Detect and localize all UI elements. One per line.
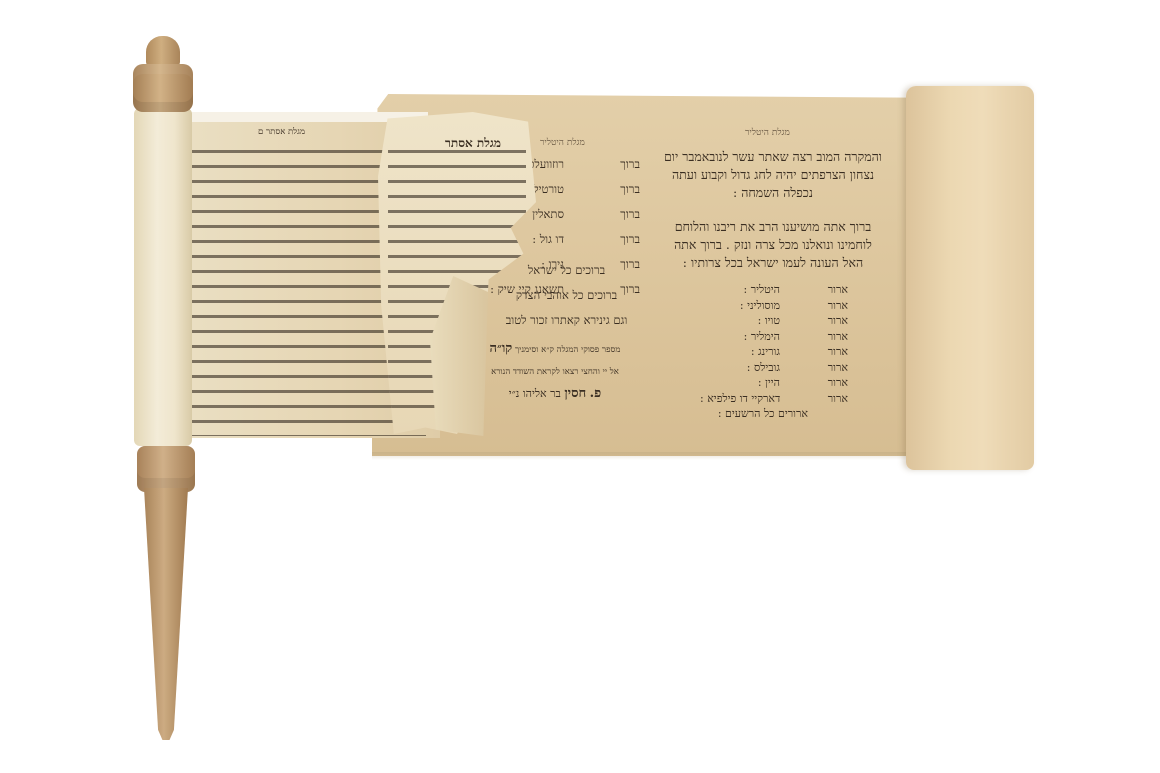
colophon: מספר פסוקי המגלה ק״א וסימניך קו״ה אל יי … <box>480 338 630 405</box>
right-rolled-paper <box>906 86 1034 470</box>
curse-row: ארורהיטליר : <box>700 282 848 298</box>
right-intro: והמקרה המוב רצה שאתר עשר לנובאמבר יום נצ… <box>662 148 884 202</box>
bottom-handle-collar <box>137 446 195 492</box>
top-handle-knob <box>146 36 180 66</box>
curses-list: ארורהיטליר : ארורמוסוליני : ארורטויו : א… <box>700 282 848 422</box>
blessing-line: ברוך אתה מושיענו הרב את ריבנו והלוחם <box>662 218 884 236</box>
left-roller-paper <box>134 108 192 446</box>
colophon-signature: פ. חסין בר אליהו נ״י <box>480 383 630 405</box>
blessings-closing: ברוכים כל ישראל ברוכים כל אוהבי הצדק וגם… <box>484 258 649 333</box>
curse-row: ארורהימליר : <box>700 329 848 345</box>
intro-line: נכפלה השמחה : <box>662 184 884 202</box>
right-running-head: מגלת היטליר <box>745 127 790 138</box>
curse-row: ארורגורינג : <box>700 344 848 360</box>
blessing-line: לוחמינו ונואלנו מכל צרה ונזק . ברוך אתה <box>662 236 884 254</box>
curse-row: ארורהיין : <box>700 375 848 391</box>
middle-running-head: מגלת היטליר <box>540 137 585 148</box>
curse-row: ארורדארקיי דו פילפיא : <box>700 391 848 407</box>
right-blessing: ברוך אתה מושיענו הרב את ריבנו והלוחם לוח… <box>662 218 884 272</box>
bottom-handle-shaft <box>144 488 188 740</box>
colophon-line-2: אל יי והחצי רצאו לקראת השודד הנורא <box>480 361 630 383</box>
sheet-shadow <box>372 452 912 460</box>
curse-row: ארורגובילס : <box>700 360 848 376</box>
left-running-head: מגלת אסתר ם <box>258 126 305 137</box>
top-handle-collar <box>133 64 193 112</box>
curse-row: ארורטויו : <box>700 313 848 329</box>
intro-line: והמקרה המוב רצה שאתר עשר לנובאמבר יום <box>662 148 884 166</box>
torn-piece-heading: מגלת אסתר <box>445 136 501 151</box>
curse-row: ארורמוסוליני : <box>700 298 848 314</box>
curses-closing: ארורים כל הרשעים : <box>700 406 848 422</box>
intro-line: נצחון הצרפתים יהיה לחג גדול וקבוע ועתה <box>662 166 884 184</box>
colophon-line-1: מספר פסוקי המגלה ק״א וסימניך קו״ה <box>480 338 630 361</box>
blessing-line: האל העונה לעמו ישראל בכל צרותיו : <box>662 254 884 272</box>
